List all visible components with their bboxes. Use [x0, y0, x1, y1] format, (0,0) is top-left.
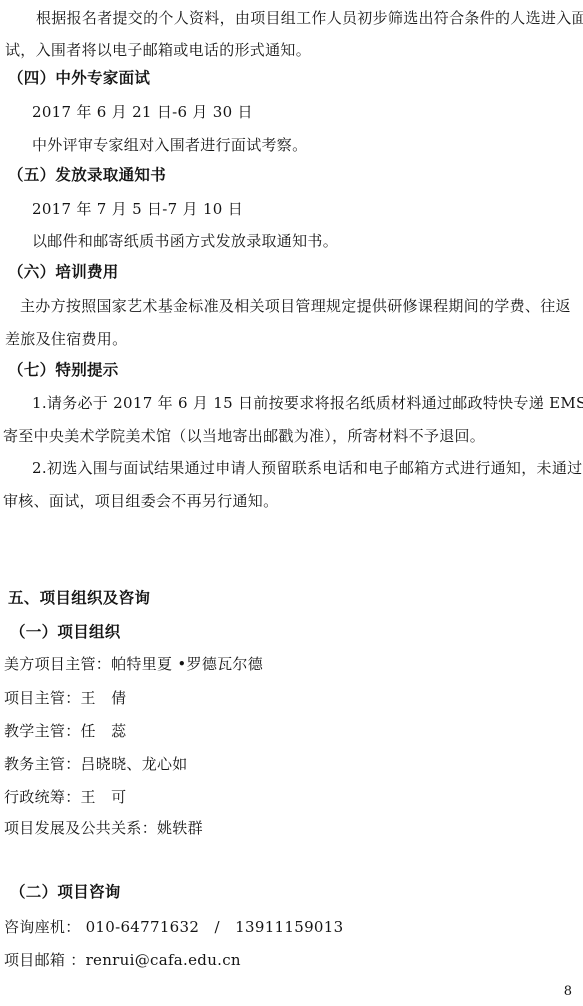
role-line: 教务主管：吕晓晓、龙心如	[4, 754, 188, 774]
role-line: 项目主管：王 倩	[4, 688, 126, 708]
page-number: 8	[564, 984, 572, 999]
section-7-item-2-line-2: 审核、面试，项目组委会不再另行通知。	[3, 491, 278, 511]
section-7-item-1-line-1: 1.请务必于 2017 年 6 月 15 日前按要求将报名纸质材料通过邮政特快专…	[32, 393, 583, 413]
phone-line: 咨询座机： 010-64771632 / 13911159013	[4, 917, 343, 937]
section-5-heading: （五）发放录取通知书	[8, 165, 166, 185]
section-6-heading: （六）培训费用	[8, 262, 119, 282]
document-page: 根据报名者提交的个人资料，由项目组工作人员初步筛选出符合条件的人选进入面 试，入…	[0, 0, 583, 1006]
section-6-body-line-1: 主办方按照国家艺术基金标准及相关项目管理规定提供研修课程期间的学费、往返	[20, 296, 571, 316]
section-7-item-1-line-2: 寄至中央美术学院美术馆（以当地寄出邮戳为准），所寄材料不予退回。	[3, 426, 485, 446]
section-5-body-line: 以邮件和邮寄纸质书函方式发放录取通知书。	[32, 231, 338, 251]
section-org-sub-2-heading: （二）项目咨询	[10, 882, 121, 902]
section-org-sub-1-heading: （一）项目组织	[10, 622, 121, 642]
intro-paragraph-line-2: 试，入围者将以电子邮箱或电话的形式通知。	[5, 40, 311, 60]
role-line: 美方项目主管：帕特里夏 •罗德瓦尔德	[4, 654, 263, 674]
section-5-date-line: 2017 年 7 月 5 日-7 月 10 日	[32, 199, 243, 219]
section-6-body-line-2: 差旅及住宿费用。	[5, 329, 127, 349]
section-4-heading: （四）中外专家面试	[8, 68, 150, 88]
role-line: 行政统筹：王 可	[4, 787, 126, 807]
section-4-date-line: 2017 年 6 月 21 日-6 月 30 日	[32, 102, 253, 122]
email-line: 项目邮箱 ：renrui@cafa.edu.cn	[4, 950, 241, 970]
role-line: 教学主管：任 蕊	[4, 721, 126, 741]
role-line: 项目发展及公共关系：姚轶群	[4, 818, 203, 838]
section-7-item-2-line-1: 2.初选入围与面试结果通过申请人预留联系电话和电子邮箱方式进行通知，未通过	[32, 458, 582, 478]
section-7-heading: （七）特别提示	[8, 360, 119, 380]
section-org-heading: 五、项目组织及咨询	[8, 588, 150, 608]
section-4-body-line: 中外评审专家组对入围者进行面试考察。	[32, 135, 307, 155]
intro-paragraph-line-1: 根据报名者提交的个人资料，由项目组工作人员初步筛选出符合条件的人选进入面	[36, 8, 583, 28]
